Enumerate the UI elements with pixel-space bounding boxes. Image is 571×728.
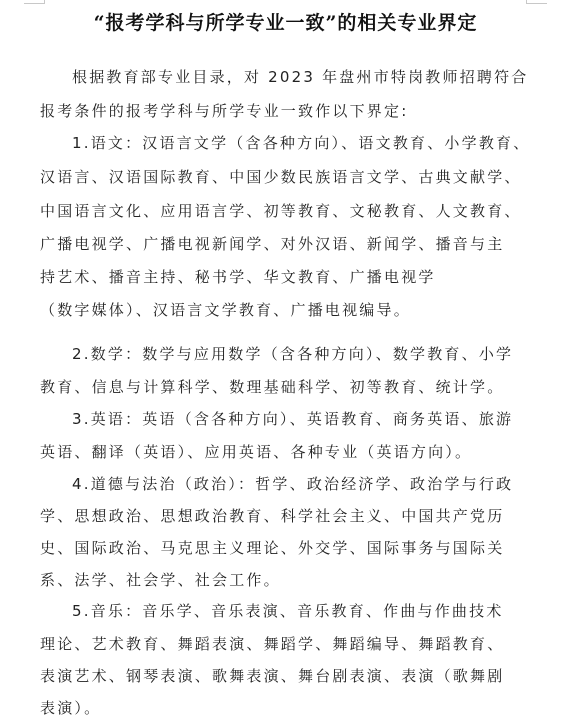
list-item-chinese: 1.语文：汉语言文学（含各种方向）、语文教育、小学教育、	[72, 132, 530, 153]
list-item-music: 表演）。	[40, 697, 101, 718]
list-item-music: 表演艺术、钢琴表演、歌舞表演、舞台剧表演、表演（歌舞剧	[40, 665, 504, 686]
list-item-english: 3.英语：英语（含各种方向）、英语教育、商务英语、旅游	[72, 408, 513, 429]
list-item-math: 2.数学：数学与应用数学（含各种方向）、数学教育、小学	[72, 343, 513, 364]
list-item-math: 教育、信息与计算科学、数理基础科学、初等教育、统计学。	[40, 376, 504, 397]
page-corner-mark-left	[24, 0, 45, 4]
list-item-chinese: 持艺术、播音主持、秘书学、华文教育、广播电视学	[40, 266, 436, 287]
list-item-chinese: 广播电视学、广播电视新闻学、对外汉语、新闻学、播音与主	[40, 233, 504, 254]
list-item-english: 英语、翻译（英语）、应用英语、各种专业（英语方向）。	[40, 441, 472, 462]
list-item-chinese: 汉语言、汉语国际教育、中国少数民族语言文学、古典文献学、	[40, 166, 522, 187]
list-item-music: 理论、艺术教育、舞蹈表演、舞蹈学、舞蹈编导、舞蹈教育、	[40, 633, 504, 654]
list-item-politics: 学、思想政治、思想政治教育、科学社会主义、中国共产党历	[40, 505, 504, 526]
list-item-politics: 4.道德与法治（政治）：哲学、政治经济学、政治学与行政	[72, 473, 513, 494]
paragraph-line: 报考条件的报考学科与所学专业一致作以下界定:	[40, 100, 408, 121]
list-item-politics: 系、法学、社会学、社会工作。	[40, 569, 281, 590]
list-item-music: 5.音乐：音乐学、音乐表演、音乐教育、作曲与作曲技术	[72, 600, 504, 621]
page-corner-mark-right	[526, 0, 547, 4]
paragraph-line: 根据教育部专业目录，对 2023 年盘州市特岗教师招聘符合	[72, 66, 529, 87]
list-item-chinese: 中国语言文化、应用语言学、初等教育、文秘教育、人文教育、	[40, 200, 522, 221]
list-item-politics: 史、国际政治、马克思主义理论、外交学、国际事务与国际关	[40, 537, 504, 558]
document-title: “报考学科与所学专业一致”的相关专业界定	[0, 8, 571, 35]
list-item-chinese: （数字媒体）、汉语言文学教育、广播电视编导。	[40, 299, 411, 320]
